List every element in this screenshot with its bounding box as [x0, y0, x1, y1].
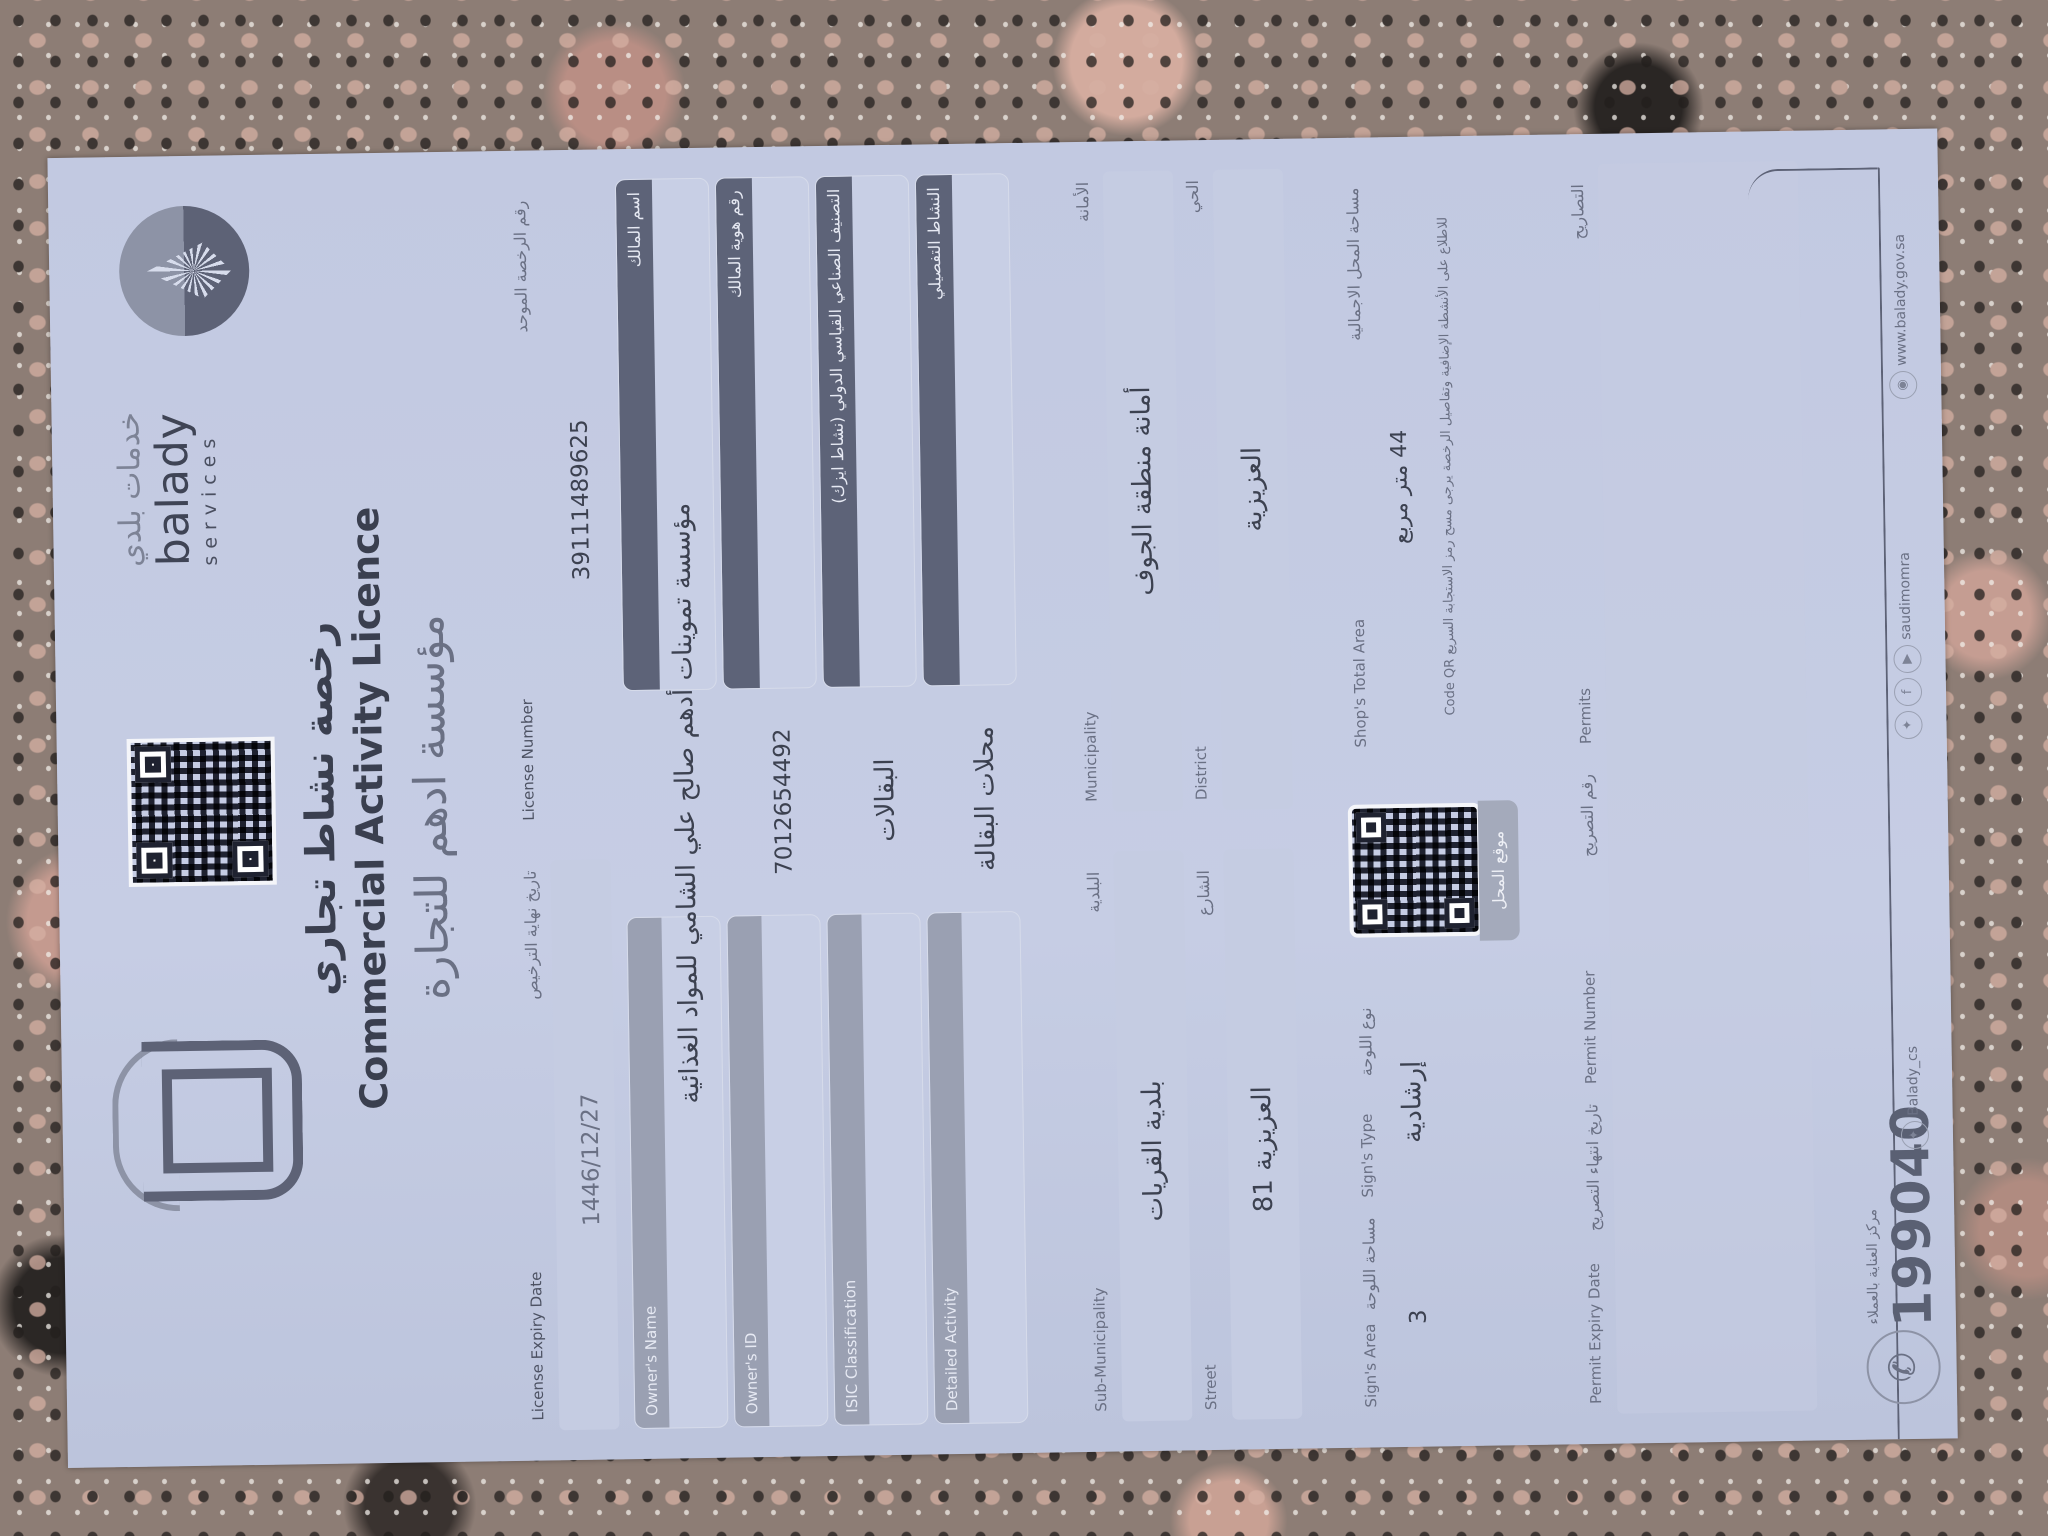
qurayyat-municipality-logo-icon: [111, 1044, 294, 1217]
permit-number-label-en: Permit Number: [1580, 971, 1600, 1085]
facebook-icon: f: [1894, 678, 1922, 706]
number-label-ar: رقم الرخصة الموحد: [510, 201, 532, 401]
twitter-icon: ✦: [1894, 711, 1922, 739]
balady-logo-icon: [118, 205, 250, 337]
owner-name-label-ar: اسم المالك: [616, 180, 660, 691]
detailed-activity-row: Detailed Activity النشاط التفصيلي محلات …: [915, 173, 1027, 1424]
website-link[interactable]: ◉ www.balady.gov.sa: [1887, 234, 1918, 400]
expiry-label-ar: تاريخ نهاية الترخيص: [521, 871, 543, 1041]
sign-area-label-ar: مساحة اللوحة: [1359, 1217, 1380, 1317]
district-label-en: District: [1192, 746, 1211, 800]
street-label-ar: الشارع: [1194, 870, 1214, 930]
brand-name: balady: [146, 411, 199, 567]
permit-number-label-ar: رقم التصريح: [1577, 774, 1598, 884]
twitter-icon: ✦: [1901, 1121, 1929, 1149]
top-qr-code[interactable]: [127, 737, 277, 887]
municipality-label-en: Municipality: [1081, 711, 1100, 802]
street-label-en: Street: [1202, 1364, 1221, 1410]
owner-id-label-en: Owner's ID: [727, 916, 769, 1426]
isic-label-ar: التصنيف الصناعي القياسي الدولي (نشاط ايز…: [816, 177, 860, 688]
sign-area-label-en: Sign's Area: [1361, 1323, 1380, 1407]
shop-area-label-ar: مساحة المحل الاجمالية: [1343, 188, 1365, 388]
brand-sub: services: [197, 411, 221, 566]
sign-type-value: إرشادية: [1396, 1037, 1428, 1167]
permits-label-ar: التصاريح: [1568, 184, 1588, 264]
expiry-label-en: License Expiry Date: [527, 1271, 547, 1420]
owner-id-label-ar: رقم هوية المالك: [716, 178, 760, 689]
call-center-label: مركز العناية بالعملاء: [1864, 1185, 1882, 1325]
balady-wordmark: خدمات بلدي balady services: [111, 411, 221, 567]
permit-expiry-label-ar: تاريخ انتهاء التصريح: [1582, 1104, 1604, 1264]
municipality-label-ar: الأمانة: [1073, 182, 1093, 252]
social-handle[interactable]: ✦ f ▶ saudimomra: [1892, 552, 1923, 739]
shop-area-value: 44 متر مربع: [1383, 167, 1418, 807]
shop-area-label-en: Shop's Total Area: [1350, 619, 1370, 748]
youtube-icon: ▶: [1893, 645, 1921, 673]
license-document: خدمات بلدي balady services رخصة نشاط تجا…: [47, 128, 1957, 1468]
detailed-activity-label-ar: النشاط التفصيلي: [916, 175, 960, 686]
license-number-value: 39111489625: [563, 180, 599, 820]
isic-row: ISIC Classification التصنيف الصناعي القي…: [815, 175, 927, 1426]
company-name: مؤسسة ادهم للتجارة: [395, 152, 467, 1463]
sign-area-value: 3: [1405, 1287, 1432, 1347]
permits-label-en: Permits: [1576, 688, 1595, 744]
phone-icon: ✆: [1866, 1330, 1941, 1405]
detailed-activity-label-en: Detailed Activity: [927, 913, 969, 1423]
sub-municipality-label-ar: البلدية: [1084, 872, 1104, 932]
sign-type-label-ar: نوع اللوحة: [1356, 1007, 1376, 1097]
district-label-ar: الحي: [1183, 180, 1203, 220]
sign-type-label-en: Sign's Type: [1358, 1114, 1377, 1198]
globe-icon: ◉: [1889, 371, 1917, 399]
sub-municipality-label-en: Sub-Municipality: [1090, 1287, 1110, 1412]
twitter-handle[interactable]: ✦ Balady_cs: [1900, 1046, 1930, 1149]
shop-location-qr-code[interactable]: [1348, 803, 1483, 938]
qr-note: للاطلاع على الأنشطة الإضافية وتفاصيل الر…: [1433, 186, 1462, 746]
shop-location-button[interactable]: موقع المحل: [1478, 800, 1520, 941]
isic-label-en: ISIC Classification: [827, 914, 869, 1424]
owner-name-label-en: Owner's Name: [627, 918, 669, 1428]
permit-expiry-label-en: Permit Expiry Date: [1585, 1263, 1605, 1404]
owner-id-row: Owner's ID رقم هوية المالك 7012654492: [715, 176, 827, 1427]
owner-name-row: Owner's Name اسم المالك مؤسسة تموينات أد…: [615, 178, 727, 1429]
number-label-en: License Number: [518, 699, 538, 821]
